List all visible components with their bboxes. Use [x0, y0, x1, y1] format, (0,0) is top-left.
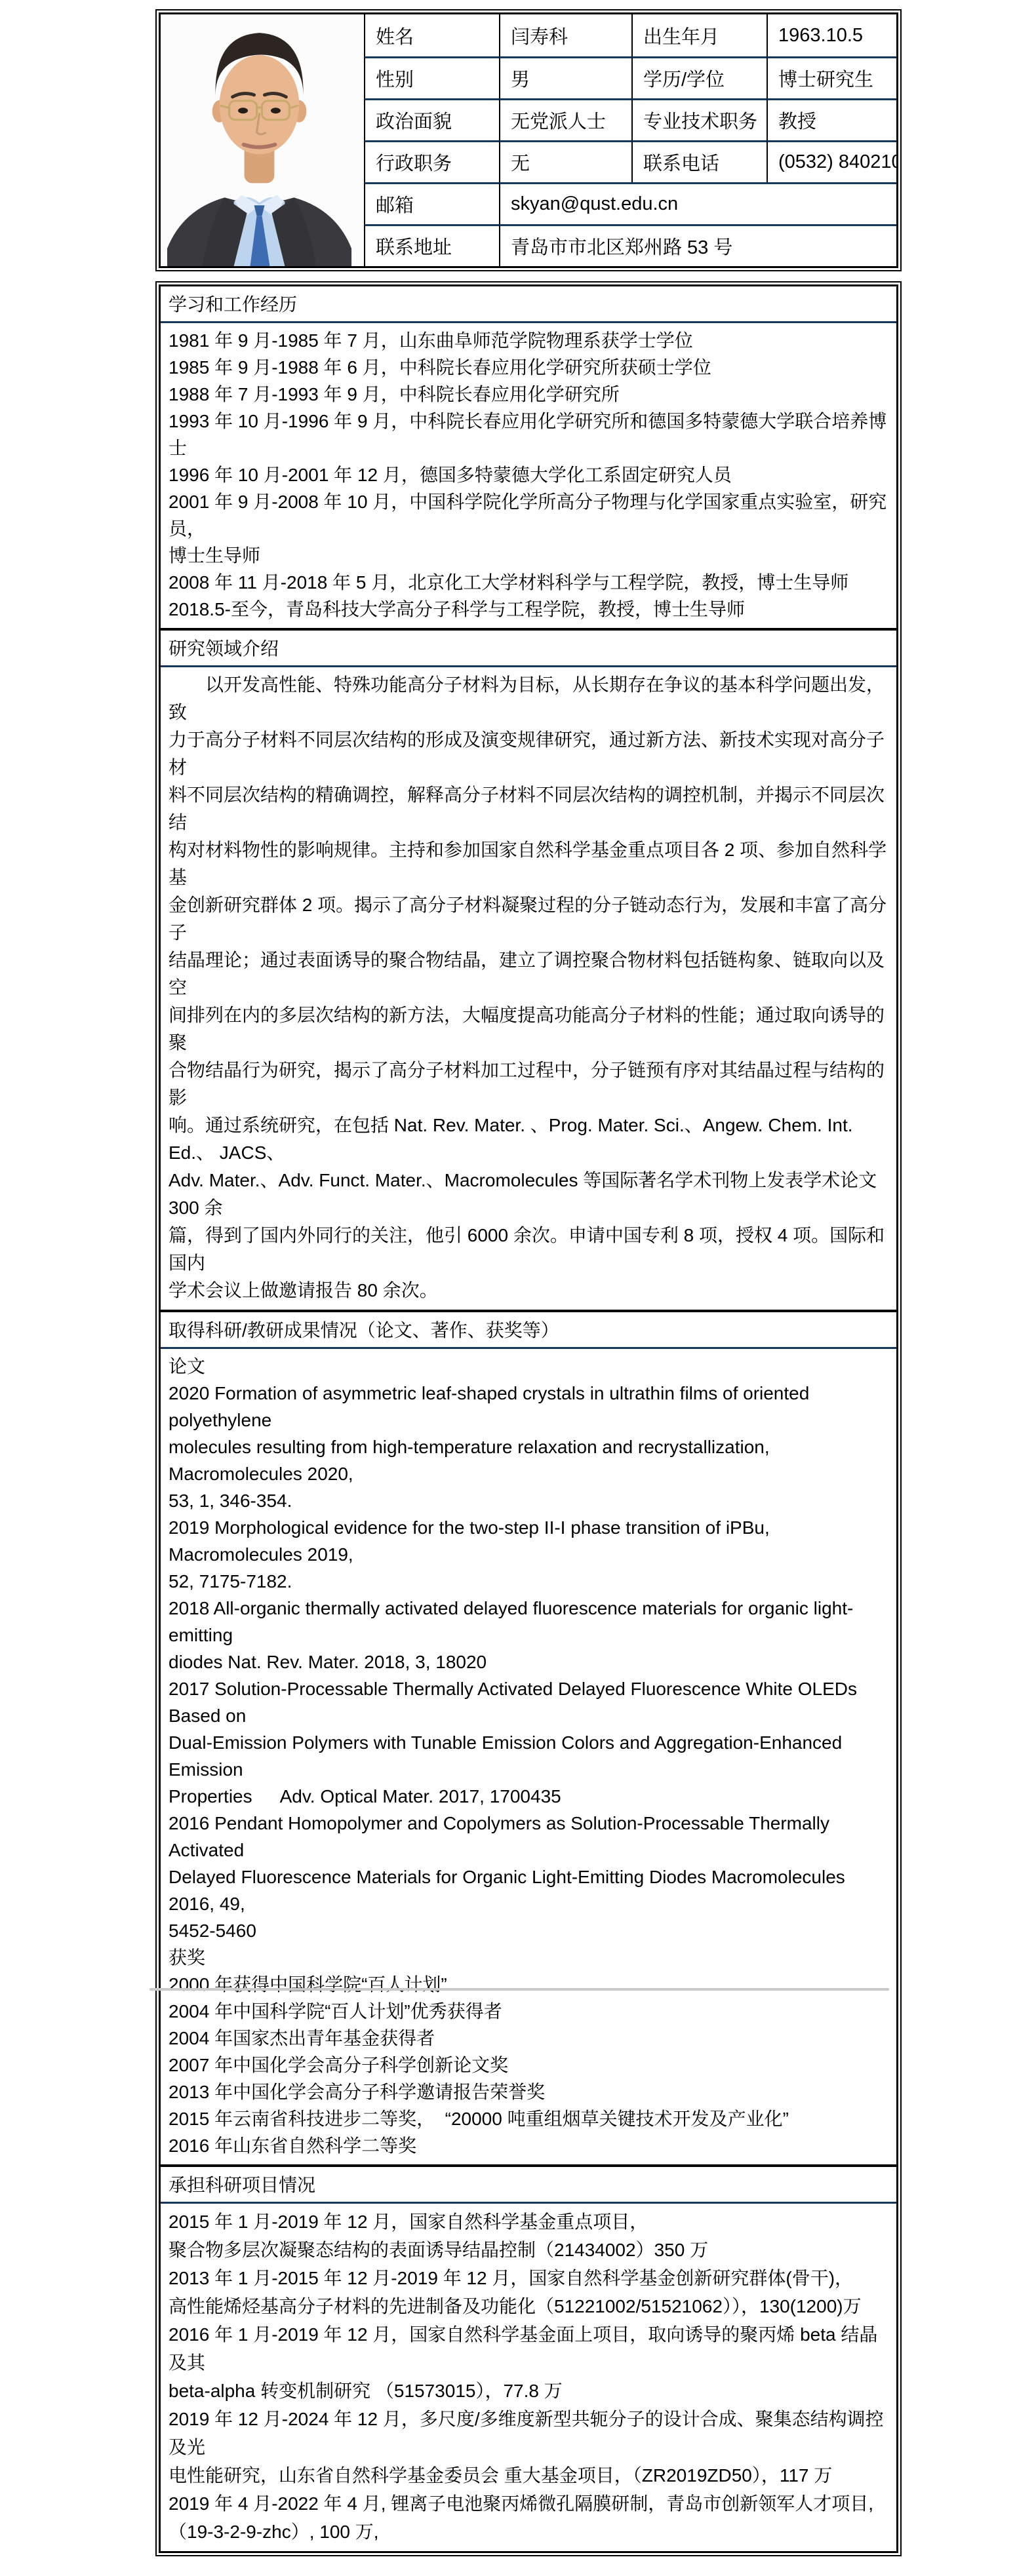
text-line: 1988 年 7 月-1993 年 9 月，中科院长春应用化学研究所	[169, 381, 888, 408]
address-label: 联系地址	[364, 224, 499, 266]
text-line: 学术会议上做邀请报告 80 余次。	[169, 1277, 888, 1304]
section-header-projects: 承担科研项目情况	[161, 2167, 896, 2204]
admin-post-label: 行政职务	[364, 140, 499, 182]
text-line: Dual-Emission Polymers with Tunable Emis…	[169, 1729, 888, 1783]
degree-value: 博士研究生	[767, 56, 896, 98]
text-line: 2018.5-至今，青岛科技大学高分子科学与工程学院，教授，博士生导师	[169, 596, 888, 623]
profile-photo	[161, 14, 364, 266]
text-line: 构对材料物性的影响规律。主持和参加国家自然科学基金重点项目各 2 项、参加自然科…	[169, 836, 888, 891]
section-header-education-experience: 学习和工作经历	[161, 286, 896, 323]
text-line: 以开发高性能、特殊功能高分子材料为目标，从长期存在争议的基本科学问题出发，致	[169, 671, 888, 726]
email-value: skyan@qust.edu.cn	[499, 182, 896, 224]
text-line: 2007 年中国化学会高分子科学创新论文奖	[169, 2052, 888, 2078]
text-line: 2019 Morphological evidence for the two-…	[169, 1514, 888, 1568]
text-line: 1981 年 9 月-1985 年 7 月，山东曲阜师范学院物理系获学士学位	[169, 327, 888, 354]
text-line: Delayed Fluorescence Materials for Organ…	[169, 1864, 888, 1917]
sections-table-outer-border: 学习和工作经历 1981 年 9 月-1985 年 7 月，山东曲阜师范学院物理…	[155, 281, 902, 2556]
text-line: 2015 年云南省科技进步二等奖， “20000 吨重组烟草关键技术开发及产业化…	[169, 2105, 888, 2132]
text-line: 53, 1, 346-354.	[169, 1487, 888, 1514]
text-line: Properties Adv. Optical Mater. 2017, 170…	[169, 1783, 888, 1810]
text-line: 合物结晶行为研究，揭示了高分子材料加工过程中，分子链预有序对其结晶过程与结构的影	[169, 1057, 888, 1112]
text-line: 2018 All-organic thermally activated del…	[169, 1595, 888, 1649]
political-status-label: 政治面貌	[364, 98, 499, 140]
text-line: 高性能烯烃基高分子材料的先进制备及功能化（51221002/51521062））…	[169, 2292, 888, 2320]
text-line: 2017 Solution-Processable Thermally Acti…	[169, 1675, 888, 1729]
text-line: 2016 Pendant Homopolymer and Copolymers …	[169, 1810, 888, 1864]
text-line: 2004 年中国科学院“百人计划”优秀获得者	[169, 1998, 888, 2025]
text-line: 论文	[169, 1353, 888, 1380]
profile-info-grid: 姓名 闫寿科 出生年月 1963.10.5 性别 男 学历/学位 博士研究生 政…	[161, 14, 896, 266]
gender-label: 性别	[364, 56, 499, 98]
section-content-education-experience: 1981 年 9 月-1985 年 7 月，山东曲阜师范学院物理系获学士学位19…	[161, 323, 896, 628]
text-line: 2019 年 12 月-2024 年 12 月，多尺度/多维度新型共轭分子的设计…	[169, 2405, 888, 2461]
text-line: 2013 年 1 月-2015 年 12 月-2019 年 12 月，国家自然科…	[169, 2264, 888, 2292]
phone-value: (0532) 84021012	[767, 140, 896, 182]
text-line: 间排列在内的多层次结构的新方法，大幅度提高功能高分子材料的性能；通过取向诱导的聚	[169, 1002, 888, 1057]
text-line: 博士生导师	[169, 542, 888, 569]
email-label: 邮箱	[364, 182, 499, 224]
text-line: 2013 年中国化学会高分子科学邀请报告荣誉奖	[169, 2078, 888, 2105]
text-line: 电性能研究，山东省自然科学基金委员会 重大基金项目，（ZR2019ZD50），1…	[169, 2461, 888, 2489]
text-line: Adv. Mater.、Adv. Funct. Mater.、Macromole…	[169, 1167, 888, 1222]
text-line: 5452-5460	[169, 1917, 888, 1944]
text-line: 1996 年 10 月-2001 年 12 月，德国多特蒙德大学化工系固定研究人…	[169, 461, 888, 488]
text-line: 篇，得到了国内外同行的关注，他引 6000 余次。申请中国专利 8 项，授权 4…	[169, 1222, 888, 1277]
text-line: beta-alpha 转变机制研究 （51573015），77.8 万	[169, 2377, 888, 2405]
profile-photo-illustration	[161, 14, 364, 266]
text-line: diodes Nat. Rev. Mater. 2018, 3, 18020	[169, 1649, 888, 1675]
text-line: 2016 年 1 月-2019 年 12 月，国家自然科学基金面上项目，取向诱导…	[169, 2320, 888, 2377]
footer-divider-rule	[149, 1988, 889, 1991]
gender-value: 男	[499, 56, 631, 98]
section-content-projects: 2015 年 1 月-2019 年 12 月，国家自然科学基金重点项目，聚合物多…	[161, 2204, 896, 2551]
text-line: 2015 年 1 月-2019 年 12 月，国家自然科学基金重点项目，	[169, 2208, 888, 2236]
faculty-profile-page: 姓名 闫寿科 出生年月 1963.10.5 性别 男 学历/学位 博士研究生 政…	[0, 0, 1036, 2576]
section-content-achievements: 论文2020 Formation of asymmetric leaf-shap…	[161, 1349, 896, 2164]
text-line: 聚合物多层次凝聚态结构的表面诱导结晶控制（21434002）350 万	[169, 2236, 888, 2264]
text-line: 2016 年山东省自然科学二等奖	[169, 2132, 888, 2159]
text-line: 2019 年 4 月-2022 年 4 月, 锂离子电池聚丙烯微孔隔膜研制，青岛…	[169, 2489, 888, 2518]
text-line: （19-3-2-9-zhc）, 100 万,	[169, 2518, 888, 2546]
text-line: 料不同层次结构的精确调控，解释高分子材料不同层次结构的调控机制，并揭示不同层次结	[169, 781, 888, 836]
text-line: molecules resulting from high-temperatur…	[169, 1434, 888, 1487]
section-header-achievements: 取得科研/教研成果情况（论文、著作、获奖等）	[161, 1312, 896, 1349]
text-line: 2004 年国家杰出青年基金获得者	[169, 2025, 888, 2052]
section-header-research-field: 研究领域介绍	[161, 631, 896, 667]
title-value: 教授	[767, 98, 896, 140]
name-label: 姓名	[364, 14, 499, 56]
document-content: 姓名 闫寿科 出生年月 1963.10.5 性别 男 学历/学位 博士研究生 政…	[155, 9, 902, 2556]
title-label: 专业技术职务	[631, 98, 767, 140]
section-content-research-field: 以开发高性能、特殊功能高分子材料为目标，从长期存在争议的基本科学问题出发，致力于…	[161, 667, 896, 1310]
address-value: 青岛市市北区郑州路 53 号	[499, 224, 896, 266]
text-line: 金创新研究群体 2 项。揭示了高分子材料凝聚过程的分子链动态行为，发展和丰富了高…	[169, 891, 888, 946]
phone-label: 联系电话	[631, 140, 767, 182]
political-status-value: 无党派人士	[499, 98, 631, 140]
birthdate-value: 1963.10.5	[767, 14, 896, 56]
admin-post-value: 无	[499, 140, 631, 182]
birthdate-label: 出生年月	[631, 14, 767, 56]
text-line: 2020 Formation of asymmetric leaf-shaped…	[169, 1380, 888, 1434]
text-line: 2001 年 9 月-2008 年 10 月，中国科学院化学所高分子物理与化学国…	[169, 488, 888, 542]
profile-table: 姓名 闫寿科 出生年月 1963.10.5 性别 男 学历/学位 博士研究生 政…	[159, 12, 898, 268]
degree-label: 学历/学位	[631, 56, 767, 98]
text-line: 2008 年 11 月-2018 年 5 月，北京化工大学材料科学与工程学院，教…	[169, 569, 888, 596]
text-line: 获奖	[169, 1944, 888, 1971]
text-line: 结晶理论；通过表面诱导的聚合物结晶，建立了调控聚合物材料包括链构象、链取向以及空	[169, 946, 888, 1002]
text-line: 力于高分子材料不同层次结构的形成及演变规律研究，通过新方法、新技术实现对高分子材	[169, 726, 888, 781]
text-line: 响。通过系统研究，在包括 Nat. Rev. Mater. 、Prog. Mat…	[169, 1112, 888, 1167]
name-value: 闫寿科	[499, 14, 631, 56]
sections-table: 学习和工作经历 1981 年 9 月-1985 年 7 月，山东曲阜师范学院物理…	[159, 284, 898, 2553]
text-line: 2000 年获得中国科学院“百人计划”	[169, 1971, 888, 1998]
text-line: 1985 年 9 月-1988 年 6 月，中科院长春应用化学研究所获硕士学位	[169, 354, 888, 381]
text-line: 1993 年 10 月-1996 年 9 月，中科院长春应用化学研究所和德国多特…	[169, 408, 888, 461]
profile-table-outer-border: 姓名 闫寿科 出生年月 1963.10.5 性别 男 学历/学位 博士研究生 政…	[155, 9, 902, 271]
text-line: 52, 7175-7182.	[169, 1568, 888, 1595]
